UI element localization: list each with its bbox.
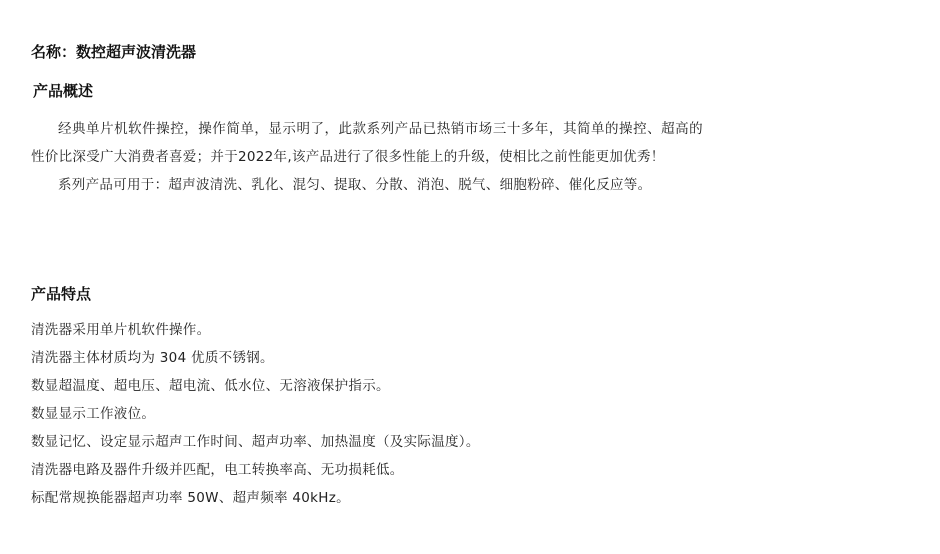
overview-section-title: 产品概述 [33, 81, 93, 101]
overview-section-body: 经典单片机软件操控，操作简单，显示明了，此款系列产品已热销市场三十多年，其简单的… [31, 115, 703, 199]
feature-item: 清洗器采用单片机软件操作。 [31, 316, 480, 344]
feature-item: 清洗器电路及器件升级并匹配，电工转换率高、无功损耗低。 [31, 456, 480, 484]
overview-paragraph: 经典单片机软件操控，操作简单，显示明了，此款系列产品已热销市场三十多年，其简单的… [31, 115, 703, 171]
features-list: 清洗器采用单片机软件操作。 清洗器主体材质均为 304 优质不锈钢。 数显超温度… [31, 316, 480, 512]
overview-paragraph: 系列产品可用于：超声波清洗、乳化、混匀、提取、分散、消泡、脱气、细胞粉碎、催化反… [31, 171, 703, 199]
product-name-heading: 名称：数控超声波清洗器 [31, 42, 196, 62]
feature-item: 标配常规换能器超声功率 50W、超声频率 40kHz。 [31, 484, 480, 512]
feature-item: 清洗器主体材质均为 304 优质不锈钢。 [31, 344, 480, 372]
features-section-title: 产品特点 [31, 284, 91, 304]
feature-item: 数显超温度、超电压、超电流、低水位、无溶液保护指示。 [31, 372, 480, 400]
feature-item: 数显记忆、设定显示超声工作时间、超声功率、加热温度（及实际温度）。 [31, 428, 480, 456]
feature-item: 数显显示工作液位。 [31, 400, 480, 428]
